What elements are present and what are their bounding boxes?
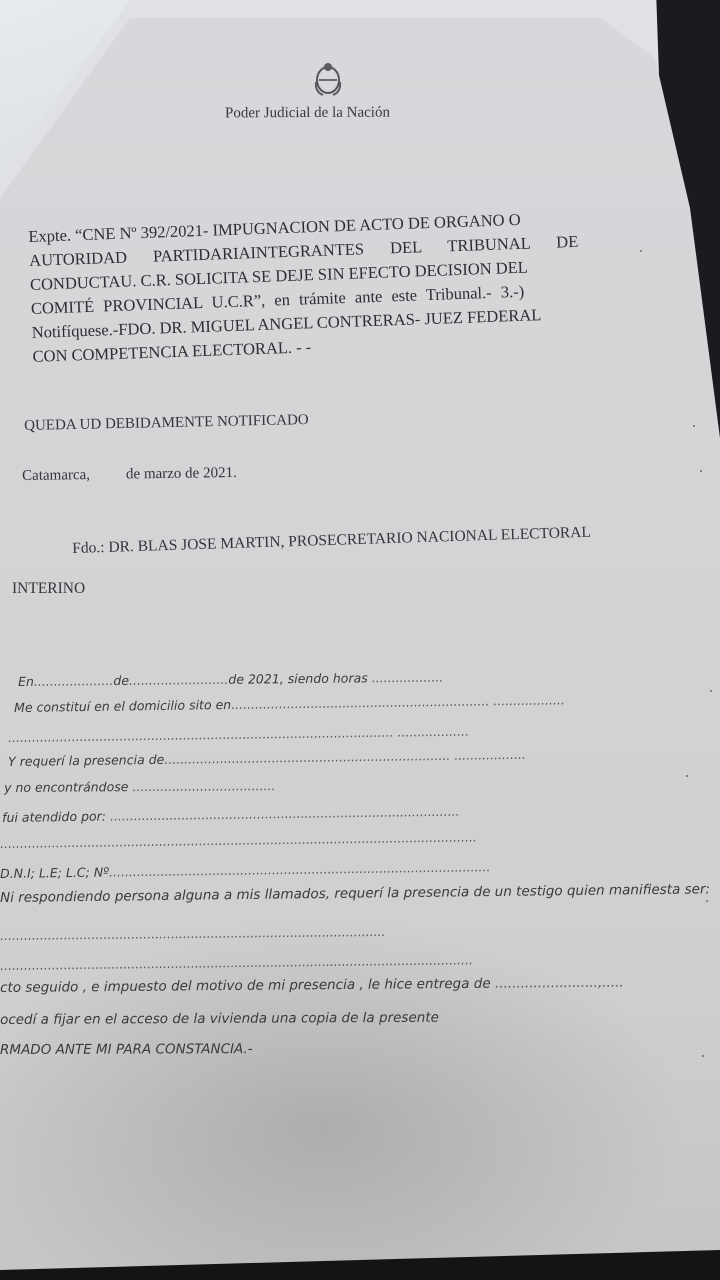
blank-field[interactable]: ..................: [372, 670, 444, 686]
paper-speck: [706, 900, 708, 902]
form-row-signed: RMADO ANTE MI PARA CONSTANCIA.-: [0, 1041, 253, 1058]
date-line: Catamarca,de marzo de 2021.: [22, 465, 237, 485]
argentina-coat-of-arms-icon: [311, 58, 345, 98]
paper-speck: [710, 690, 712, 692]
blank-field[interactable]: .........................: [129, 672, 228, 688]
paper-speck: [640, 250, 642, 252]
signature-title: INTERINO: [12, 580, 85, 598]
form-row-posting: ocedí a fijar en el acceso de la viviend…: [0, 1010, 439, 1028]
date: de marzo de 2021.: [126, 465, 237, 483]
form-row-not-found: y no encontrándose .....................…: [4, 778, 276, 795]
paper-speck: [686, 775, 688, 777]
place: Catamarca,: [22, 467, 90, 484]
paper-speck: [702, 1055, 704, 1057]
blank-field[interactable]: ....................: [34, 673, 114, 689]
case-description: Expte. “CNE Nº 392/2021- IMPUGNACION DE …: [28, 202, 693, 369]
paper-speck: [700, 470, 702, 472]
blank-field[interactable]: ........................,.....: [495, 975, 624, 992]
paper-speck: [693, 425, 695, 427]
blank-field[interactable]: ....................................: [132, 778, 275, 794]
header-title: Poder Judicial de la Nación: [225, 105, 390, 123]
